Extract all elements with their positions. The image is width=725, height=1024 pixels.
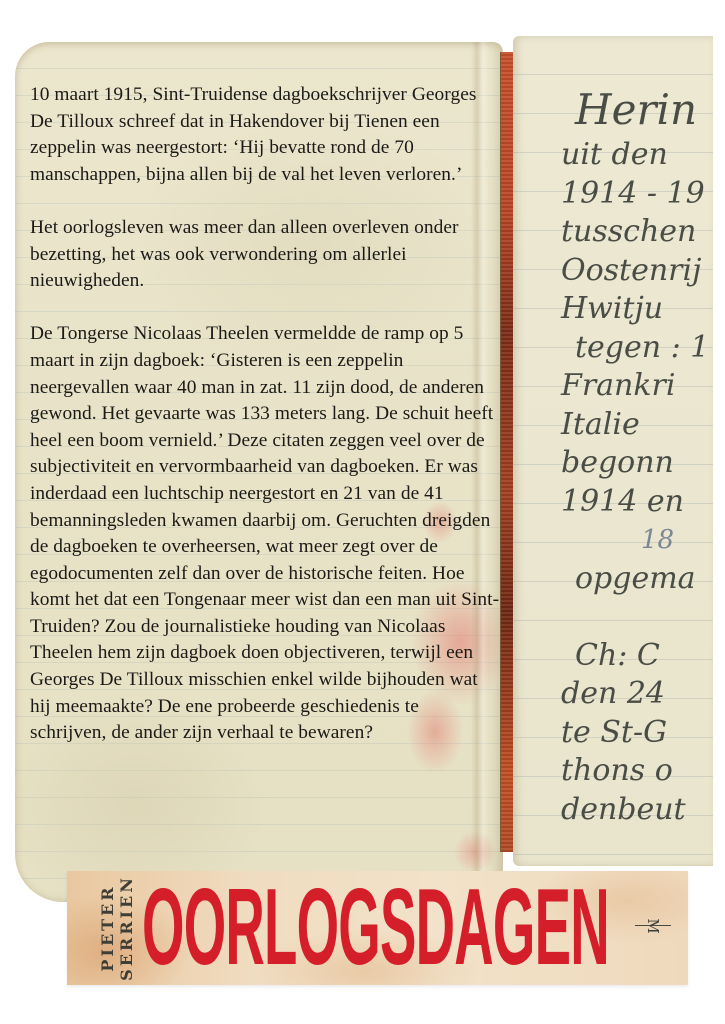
handwritten-line: opgema: [561, 560, 709, 599]
article-paragraph: De Tongerse Nicolaas Theelen vermeldde d…: [30, 321, 500, 747]
article-paragraph: 10 maart 1915, Sint-Truidense dagboeksch…: [30, 82, 500, 188]
handwritten-line: 1914 - 19: [561, 175, 709, 214]
author-name: PIETER SERRIEN: [89, 879, 145, 977]
handwritten-line: tegen : 1: [561, 329, 709, 368]
publisher-logo-icon: M: [635, 914, 671, 938]
article-body: 10 maart 1915, Sint-Truidense dagboeksch…: [30, 82, 500, 773]
author-last-name: SERRIEN: [117, 875, 136, 981]
article-paragraph: Het oorlogsleven was meer dan alleen ove…: [30, 215, 500, 295]
handwritten-line: begonn: [561, 444, 709, 483]
handwritten-line: 18: [561, 521, 709, 560]
handwritten-line: Hwitju: [561, 290, 709, 329]
handwritten-line: Frankri: [561, 367, 709, 406]
handwritten-line: 1914 en: [561, 483, 709, 522]
handwritten-line: thons o: [561, 752, 709, 791]
publisher-logo-letter: M: [641, 918, 665, 934]
handwritten-line: tusschen: [561, 213, 709, 252]
book-title: OORLOGSDAGEN: [142, 850, 609, 1005]
handwritten-line: Herin: [561, 84, 709, 136]
handwritten-line: te St-G: [561, 714, 709, 753]
handwritten-diary-text: Herin uit den 1914 - 19 tusschen Oostenr…: [561, 84, 709, 829]
book-title-banner: PIETER SERRIEN OORLOGSDAGEN M: [67, 871, 688, 985]
author-first-name: PIETER: [98, 875, 117, 981]
handwritten-line: denbeut: [561, 791, 709, 830]
handwritten-line: Italie: [561, 406, 709, 445]
handwritten-line: den 24: [561, 675, 709, 714]
handwritten-line: Oostenrij: [561, 252, 709, 291]
handwritten-line: [561, 598, 709, 637]
diary-right-page: Herin uit den 1914 - 19 tusschen Oostenr…: [513, 36, 713, 866]
handwritten-line: uit den: [561, 136, 709, 175]
handwritten-line: Ch: C: [561, 637, 709, 676]
